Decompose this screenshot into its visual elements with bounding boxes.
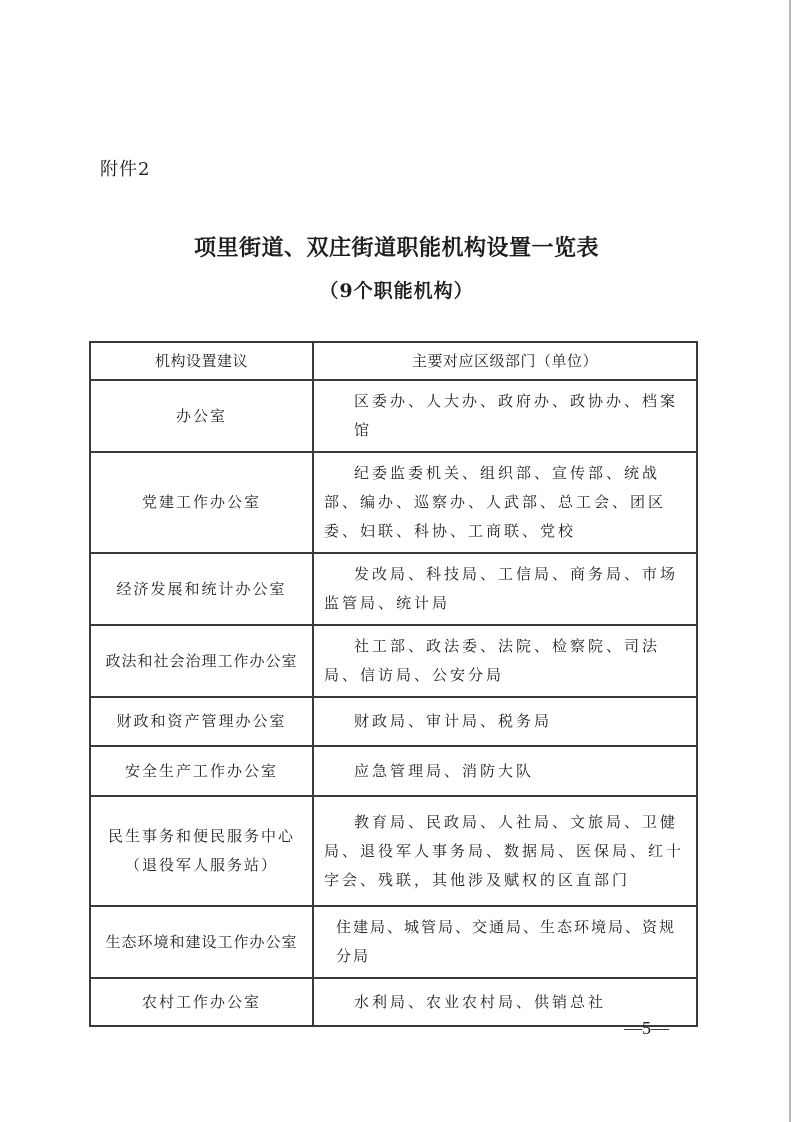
table-row: 办公室 区委办、人大办、政府办、政协办、档案馆	[90, 380, 697, 452]
institution-name: 经济发展和统计办公室	[90, 553, 313, 625]
institution-name: 安全生产工作办公室	[90, 746, 313, 796]
table-row: 经济发展和统计办公室 发改局、科技局、工信局、商务局、市场监管局、统计局	[90, 553, 697, 625]
table-row: 农村工作办公室 水利局、农业农村局、供销总社	[90, 978, 697, 1026]
departments-cell: 社工部、政法委、法院、检察院、司法局、信访局、公安分局	[313, 625, 697, 697]
table-header-row: 机构设置建议 主要对应区级部门（单位）	[90, 342, 697, 380]
table-row: 财政和资产管理办公室 财政局、审计局、税务局	[90, 697, 697, 746]
departments-cell: 区委办、人大办、政府办、政协办、档案馆	[313, 380, 697, 452]
table-row: 政法和社会治理工作办公室 社工部、政法委、法院、检察院、司法局、信访局、公安分局	[90, 625, 697, 697]
scan-edge-line	[789, 0, 791, 1122]
institution-name: 生态环境和建设工作办公室	[90, 906, 313, 978]
departments-cell: 教育局、民政局、人社局、文旅局、卫健局、退役军人事务局、数据局、医保局、红十字会…	[313, 796, 697, 906]
institution-name: 民生事务和便民服务中心	[91, 822, 312, 851]
departments-cell: 住建局、城管局、交通局、生态环境局、资规分局	[313, 906, 697, 978]
header-institution: 机构设置建议	[90, 342, 313, 380]
institution-name: 办公室	[90, 380, 313, 452]
document-title: 项里街道、双庄街道职能机构设置一览表	[0, 231, 793, 262]
departments-cell: 财政局、审计局、税务局	[313, 697, 697, 746]
departments-cell: 纪委监委机关、组织部、宣传部、统战部、编办、巡察办、人武部、总工会、团区委、妇联…	[313, 452, 697, 553]
departments-cell: 应急管理局、消防大队	[313, 746, 697, 796]
header-departments: 主要对应区级部门（单位）	[313, 342, 697, 380]
attachment-label: 附件2	[100, 155, 150, 181]
institution-name: 财政和资产管理办公室	[90, 697, 313, 746]
table-row: 党建工作办公室 纪委监委机关、组织部、宣传部、统战部、编办、巡察办、人武部、总工…	[90, 452, 697, 553]
organization-table: 机构设置建议 主要对应区级部门（单位） 办公室 区委办、人大办、政府办、政协办、…	[89, 341, 698, 1027]
institution-name: 农村工作办公室	[90, 978, 313, 1026]
page-number: —5—	[624, 1018, 669, 1039]
departments-cell: 发改局、科技局、工信局、商务局、市场监管局、统计局	[313, 553, 697, 625]
institution-name: 政法和社会治理工作办公室	[90, 625, 313, 697]
document-subtitle: （9个职能机构）	[0, 276, 793, 303]
institution-name-cell: 民生事务和便民服务中心 （退役军人服务站）	[90, 796, 313, 906]
table-row: 民生事务和便民服务中心 （退役军人服务站） 教育局、民政局、人社局、文旅局、卫健…	[90, 796, 697, 906]
institution-name-sub: （退役军人服务站）	[91, 851, 312, 880]
institution-name: 党建工作办公室	[90, 452, 313, 553]
table-row: 生态环境和建设工作办公室 住建局、城管局、交通局、生态环境局、资规分局	[90, 906, 697, 978]
table-row: 安全生产工作办公室 应急管理局、消防大队	[90, 746, 697, 796]
